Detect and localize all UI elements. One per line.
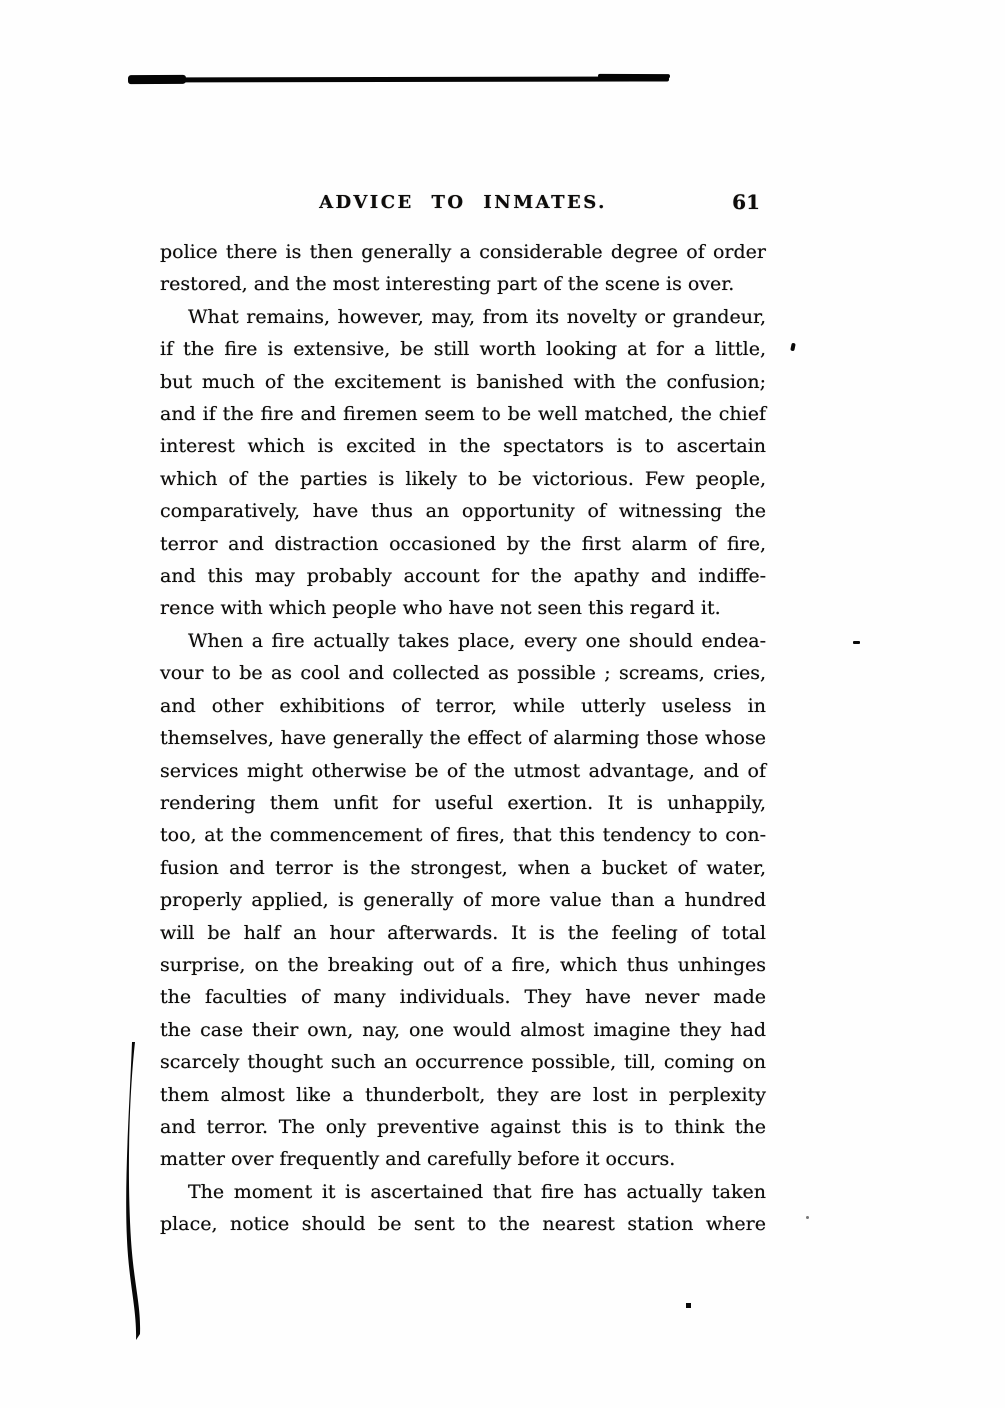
text-line: rendering them unfit for useful exertion… [160, 787, 766, 819]
top-rule-blob-artifact [128, 75, 186, 84]
text-line: restored, and the most interesting part … [160, 268, 766, 300]
page-number: 61 [732, 190, 760, 214]
text-line: but much of the excitement is banished w… [160, 366, 766, 398]
ink-speck [790, 343, 796, 352]
top-rule-end-artifact [598, 74, 670, 78]
text-line: them almost like a thunderbolt, they are… [160, 1079, 766, 1111]
text-line: and if the fire and firemen seem to be w… [160, 398, 766, 430]
text-line: the case their own, nay, one would almos… [160, 1014, 766, 1046]
top-rule-artifact [129, 76, 669, 82]
paragraph: What remains, however, may, from its nov… [160, 301, 766, 625]
page-header: ADVICE TO INMATES. 61 [160, 192, 766, 220]
text-line: and other exhibitions of terror, while u… [160, 690, 766, 722]
gutter-shadow-artifact [124, 1042, 152, 1342]
book-page: ADVICE TO INMATES. 61 police there is th… [0, 0, 1005, 1408]
running-title: ADVICE TO INMATES. [160, 192, 766, 213]
text-line: What remains, however, may, from its nov… [160, 301, 766, 333]
text-line: When a fire actually takes place, every … [160, 625, 766, 657]
text-line: will be half an hour afterwards. It is t… [160, 917, 766, 949]
text-line: scarcely thought such an occurrence poss… [160, 1046, 766, 1078]
ink-speck [806, 1216, 809, 1219]
text-line: terror and distraction occasioned by the… [160, 528, 766, 560]
paragraph: When a fire actually takes place, every … [160, 625, 766, 1176]
paragraph: police there is then generally a conside… [160, 236, 766, 301]
paragraph: The moment it is ascertained that fire h… [160, 1176, 766, 1241]
text-line: properly applied, is generally of more v… [160, 884, 766, 916]
text-line: services might otherwise be of the utmos… [160, 755, 766, 787]
text-line: too, at the commencement of fires, that … [160, 819, 766, 851]
text-line: fusion and terror is the strongest, when… [160, 852, 766, 884]
page-body: police there is then generally a conside… [160, 236, 766, 1241]
text-line: interest which is excited in the spectat… [160, 430, 766, 462]
text-line: police there is then generally a conside… [160, 236, 766, 268]
text-line: if the fire is extensive, be still worth… [160, 333, 766, 365]
text-line: comparatively, have thus an opportunity … [160, 495, 766, 527]
ink-speck [686, 1303, 691, 1308]
text-line: which of the parties is likely to be vic… [160, 463, 766, 495]
text-line: themselves, have generally the effect of… [160, 722, 766, 754]
text-line: place, notice should be sent to the near… [160, 1208, 766, 1240]
text-line: rence with which people who have not see… [160, 592, 766, 624]
text-line: and this may probably account for the ap… [160, 560, 766, 592]
text-line: and terror. The only preventive against … [160, 1111, 766, 1143]
text-line: matter over frequently and carefully bef… [160, 1143, 766, 1175]
ink-speck [853, 641, 860, 644]
text-line: surprise, on the breaking out of a fire,… [160, 949, 766, 981]
text-line: vour to be as cool and collected as poss… [160, 657, 766, 689]
text-line: the faculties of many individuals. They … [160, 981, 766, 1013]
text-line: The moment it is ascertained that fire h… [160, 1176, 766, 1208]
